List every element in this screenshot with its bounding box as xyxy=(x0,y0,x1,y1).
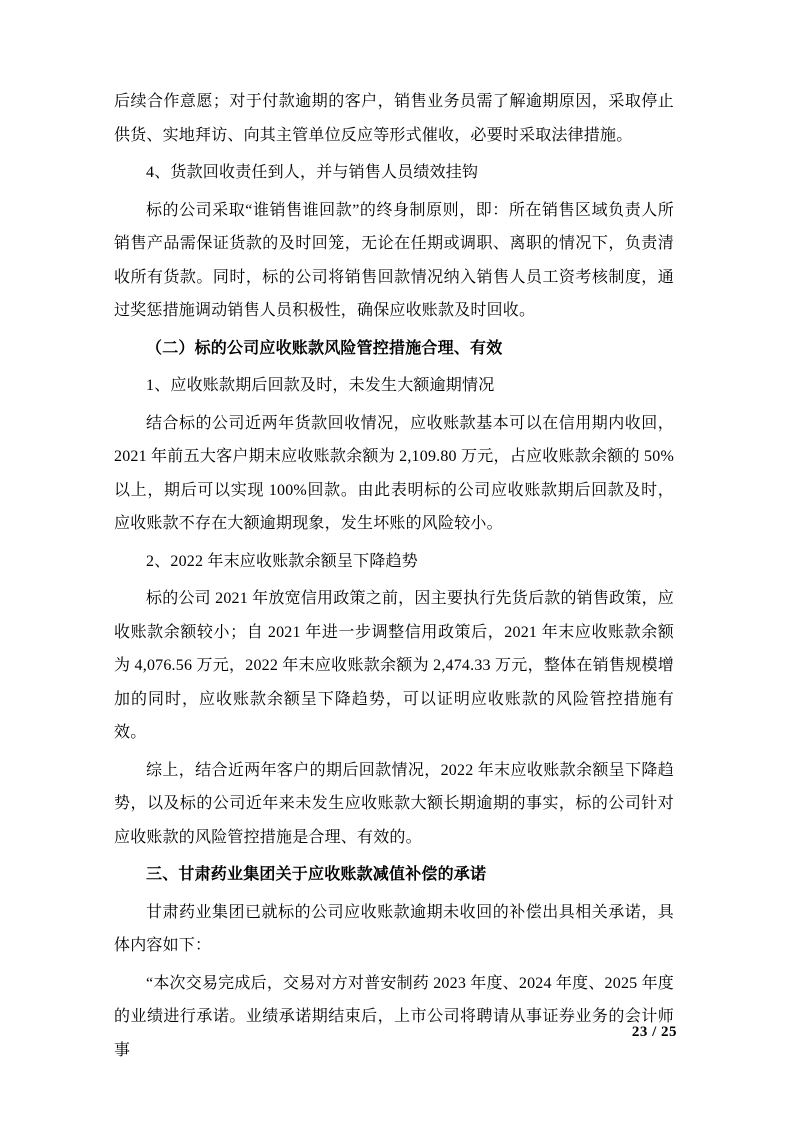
numbered-subheading: 2、2022 年末应收账款余额呈下降趋势 xyxy=(114,545,674,579)
body-paragraph: 综上，结合近两年客户的期后回款情况，2022 年末应收账款余额呈下降趋势，以及标… xyxy=(114,754,674,855)
body-paragraph: 甘肃药业集团已就标的公司应收账款逾期未收回的补偿出具相关承诺，具体内容如下： xyxy=(114,896,674,963)
numbered-subheading: 4、货款回收责任到人，并与销售人员绩效挂钩 xyxy=(114,156,674,190)
body-paragraph: 后续合作意愿；对于付款逾期的客户，销售业务员需了解逾期原因，采取停止供货、实地拜… xyxy=(114,85,674,152)
body-paragraph: 结合标的公司近两年货款回收情况，应收账款基本可以在信用期内收回，2021 年前五… xyxy=(114,407,674,541)
page-content: 后续合作意愿；对于付款逾期的客户，销售业务员需了解逾期原因，采取停止供货、实地拜… xyxy=(114,85,674,1071)
body-paragraph: 标的公司 2021 年放宽信用政策之前，因主要执行先货后款的销售政策，应收账款余… xyxy=(114,582,674,750)
document-page: 后续合作意愿；对于付款逾期的客户，销售业务员需了解逾期原因，采取停止供货、实地拜… xyxy=(0,0,793,1122)
body-paragraph: 标的公司采取“谁销售谁回款”的终身制原则，即：所在销售区域负责人所销售产品需保证… xyxy=(114,194,674,328)
body-paragraph: “本次交易完成后，交易对方对普安制药 2023 年度、2024 年度、2025 … xyxy=(114,967,674,1068)
page-number: 23 / 25 xyxy=(632,1024,677,1041)
numbered-subheading: 1、应收账款期后回款及时，未发生大额逾期情况 xyxy=(114,369,674,403)
section-heading: （二）标的公司应收账款风险管控措施合理、有效 xyxy=(114,332,674,366)
section-heading: 三、甘肃药业集团关于应收账款减值补偿的承诺 xyxy=(114,858,674,892)
